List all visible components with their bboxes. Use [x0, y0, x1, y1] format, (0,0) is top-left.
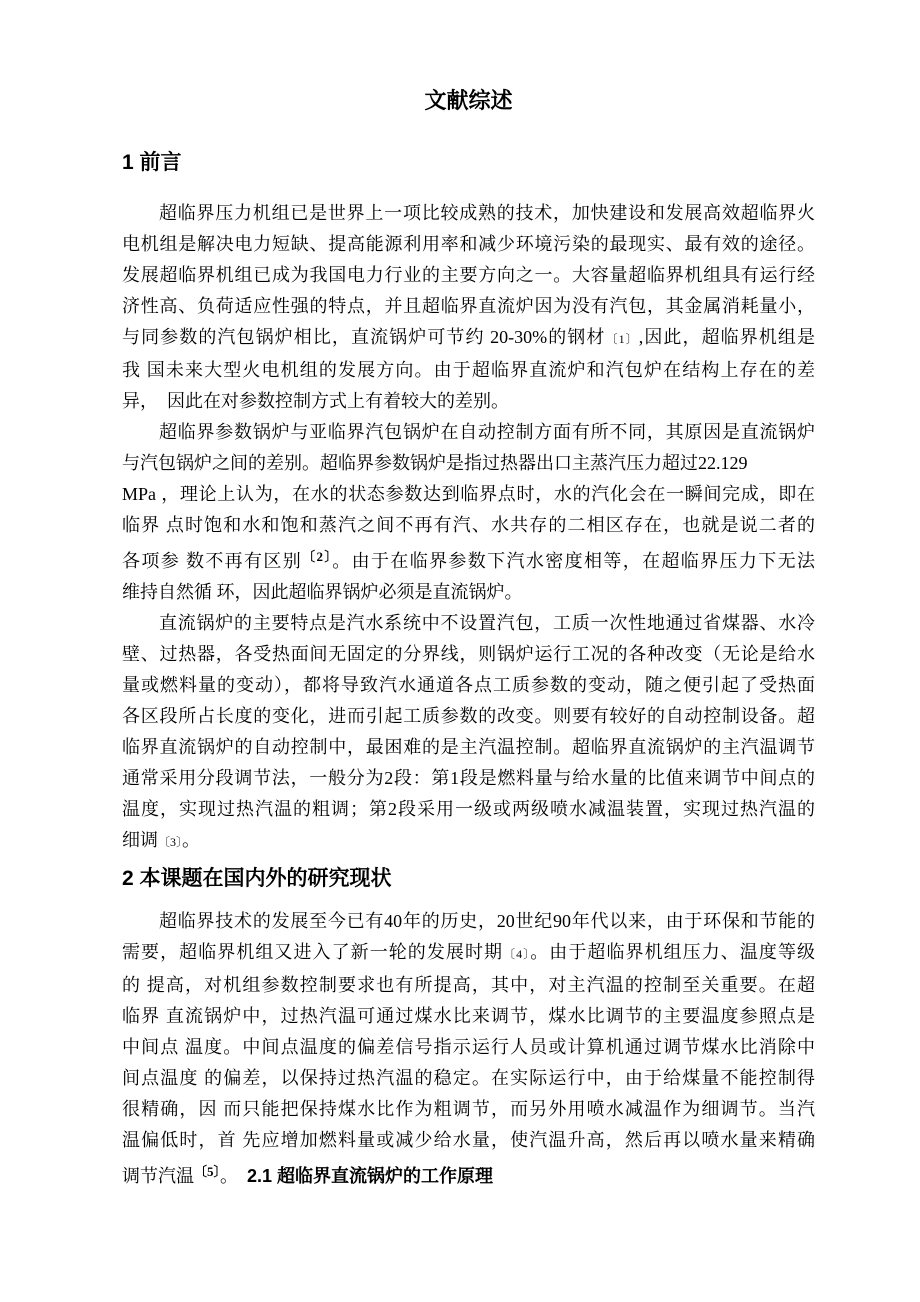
text-segment: 我 国未来大型火电机组的发展方向。由于超临界直流炉和汽包炉在结构上存在的差: [122, 360, 815, 380]
text-line: 我 国未来大型火电机组的发展方向。由于超临界直流炉和汽包炉在结构上存在的差: [122, 355, 815, 386]
paragraph: 超临界技术的发展至今已有40年的历史，20世纪90年代以来，由于环保和节能的需要…: [122, 906, 815, 1192]
text-line: 与汽包锅炉之间的差别。超临界参数锅炉是指过热器出口主蒸汽压力超过22.129: [122, 448, 815, 479]
text-line: 很精确，因 而只能把保持煤水比作为粗调节，而另外用喷水减温作为细调节。当汽: [122, 1094, 815, 1125]
section-heading: 2 本课题在国内外的研究现状: [122, 864, 815, 894]
text-line: 的 提高，对机组参数控制要求也有所提高，其中，对主汽温的控制至关重要。在超: [122, 970, 815, 1001]
paragraph: 直流锅炉的主要特点是汽水系统中不设置汽包，工质一次性地通过省煤器、水冷壁、过热器…: [122, 608, 815, 858]
text-line: MPa ，理论上认为，在水的状态参数达到临界点时，水的汽化会在一瞬间完成，即在: [122, 479, 815, 510]
text-segment: 与汽包锅炉之间的差别。超临界参数锅炉是指过热器出口主蒸汽压力超过22.129: [122, 453, 748, 473]
text-line: 直流锅炉的主要特点是汽水系统中不设置汽包，工质一次性地通过省煤器、水冷: [122, 608, 815, 639]
text-line: 调节汽温〔5〕。 2.1 超临界直流锅炉的工作原理: [122, 1156, 815, 1192]
text-segment: 超临界参数锅炉与亚临界汽包锅炉在自动控制方面有所不同，其原因是直流锅炉: [159, 422, 815, 442]
text-line: 维持自然循 环，因此超临界锅炉必须是直流锅炉。: [122, 577, 815, 608]
text-line: 发展超临界机组已成为我国电力行业的主要方向之一。大容量超临界机组具有运行经: [122, 260, 815, 291]
text-line: 需要，超临界机组又进入了新一轮的发展时期〔4〕。由于超临界机组压力、温度等级: [122, 937, 815, 970]
paragraph: 超临界参数锅炉与亚临界汽包锅炉在自动控制方面有所不同，其原因是直流锅炉与汽包锅炉…: [122, 417, 815, 608]
text-line: 间点温度 的偏差，以保持过热汽温的稳定。在实际运行中，由于给煤量不能控制得: [122, 1063, 815, 1094]
text-line: 济性高、负荷适应性强的特点，并且超临界直流炉因为没有汽包，其金属消耗量小，: [122, 291, 815, 322]
text-line: 超临界压力机组已是世界上一项比较成熟的技术，加快建设和发展高效超临界火: [122, 198, 815, 229]
document-title: 文献综述: [122, 86, 815, 116]
text-line: 各项参 数不再有区别〔2〕。由于在临界参数下汽水密度相等，在超临界压力下无法: [122, 541, 815, 577]
text-line: 临界 直流锅炉中，过热汽温可通过煤水比来调节，煤水比调节的主要温度参照点是: [122, 1001, 815, 1032]
text-segment: 临界 直流锅炉中，过热汽温可通过煤水比来调节，煤水比调节的主要温度参照点是: [122, 1006, 815, 1026]
text-line: 各区段所占长度的变化，进而引起工质参数的改变。则要有较好的自动控制设备。超: [122, 701, 815, 732]
reference-marker: 〔1〕: [605, 332, 638, 346]
document-body: 1 前言超临界压力机组已是世界上一项比较成熟的技术，加快建设和发展高效超临界火电…: [122, 148, 815, 1192]
text-line: 超临界参数锅炉与亚临界汽包锅炉在自动控制方面有所不同，其原因是直流锅炉: [122, 417, 815, 448]
text-line: 超临界技术的发展至今已有40年的历史，20世纪90年代以来，由于环保和节能的: [122, 906, 815, 937]
text-segment: 与同参数的汽包锅炉相比，直流锅炉可节约 20-30%的钢材: [122, 327, 605, 347]
text-segment: MPa ，理论上认为，在水的状态参数达到临界点时，水的汽化会在一瞬间完成，即在: [122, 484, 815, 504]
document-page: 文献综述 1 前言超临界压力机组已是世界上一项比较成熟的技术，加快建设和发展高效…: [0, 0, 920, 1302]
text-segment: 济性高、负荷适应性强的特点，并且超临界直流炉因为没有汽包，其金属消耗量小，: [122, 296, 815, 316]
text-segment: 壁、过热器，各受热面间无固定的分界线，则锅炉运行工况的各种改变（无论是给水: [122, 644, 815, 664]
text-segment: 临界直流锅炉的自动控制中，最困难的是主汽温控制。超临界直流锅炉的主汽温调节: [122, 737, 815, 757]
reference-marker: 〔2〕: [302, 549, 332, 564]
text-segment: 各区段所占长度的变化，进而引起工质参数的改变。则要有较好的自动控制设备。超: [122, 706, 815, 726]
text-line: 量或燃料量的变动），都将导致汽水通道各点工质参数的变动，随之便引起了受热面: [122, 670, 815, 701]
text-line: 通常采用分段调节法，一般分为2段：第1段是燃料量与给水量的比值来调节中间点的: [122, 763, 815, 794]
text-line: 中间点 温度。中间点温度的偏差信号指示运行人员或计算机通过调节煤水比消除中: [122, 1032, 815, 1063]
text-line: 临界直流锅炉的自动控制中，最困难的是主汽温控制。超临界直流锅炉的主汽温调节: [122, 732, 815, 763]
text-line: 温偏低时，首 先应增加燃料量或减少给水量，使汽温升高，然后再以喷水量来精确: [122, 1125, 815, 1156]
reference-marker: 〔5〕: [194, 1164, 220, 1179]
inline-subheading: 2.1 超临界直流锅炉的工作原理: [247, 1166, 493, 1186]
text-line: 异， 因此在对参数控制方式上有着较大的差别。: [122, 386, 815, 417]
reference-marker: 〔4〕: [503, 947, 530, 961]
text-segment: 中间点 温度。中间点温度的偏差信号指示运行人员或计算机通过调节煤水比消除中: [122, 1037, 815, 1057]
text-segment: 发展超临界机组已成为我国电力行业的主要方向之一。大容量超临界机组具有运行经: [122, 265, 815, 285]
text-segment: 通常采用分段调节法，一般分为2段：第1段是燃料量与给水量的比值来调节中间点的: [122, 768, 815, 788]
text-segment: 调节汽温: [122, 1166, 194, 1186]
text-segment: 临界 点时饱和水和饱和蒸汽之间不再有汽、水共存的二相区存在，也就是说二者的: [122, 515, 815, 535]
document-content: 文献综述 1 前言超临界压力机组已是世界上一项比较成熟的技术，加快建设和发展高效…: [122, 86, 815, 1192]
text-line: 电机组是解决电力短缺、提高能源利用率和减少环境污染的最现实、最有效的途径。: [122, 229, 815, 260]
text-segment: 各项参 数不再有区别: [122, 551, 302, 571]
text-segment: 间点温度 的偏差，以保持过热汽温的稳定。在实际运行中，由于给煤量不能控制得: [122, 1068, 815, 1088]
text-line: 与同参数的汽包锅炉相比，直流锅炉可节约 20-30%的钢材〔1〕,因此，超临界机…: [122, 322, 815, 355]
text-segment: 温偏低时，首 先应增加燃料量或减少给水量，使汽温升高，然后再以喷水量来精确: [122, 1130, 815, 1150]
text-line: 壁、过热器，各受热面间无固定的分界线，则锅炉运行工况的各种改变（无论是给水: [122, 639, 815, 670]
text-segment: 超临界压力机组已是世界上一项比较成熟的技术，加快建设和发展高效超临界火: [159, 203, 815, 223]
text-line: 温度，实现过热汽温的粗调；第2段采用一级或两级喷水减温装置，实现过热汽温的: [122, 794, 815, 825]
text-segment: 超临界技术的发展至今已有40年的历史，20世纪90年代以来，由于环保和节能的: [159, 911, 815, 931]
reference-marker: 〔3〕: [158, 835, 182, 849]
text-segment: 异， 因此在对参数控制方式上有着较大的差别。: [122, 391, 509, 411]
paragraph: 超临界压力机组已是世界上一项比较成熟的技术，加快建设和发展高效超临界火电机组是解…: [122, 198, 815, 417]
text-segment: 维持自然循 环，因此超临界锅炉必须是直流锅炉。: [122, 582, 523, 602]
text-segment: 细调: [122, 830, 158, 850]
text-segment: 。: [182, 830, 200, 850]
text-segment: 需要，超临界机组又进入了新一轮的发展时期: [122, 942, 503, 962]
text-segment: 很精确，因 而只能把保持煤水比作为粗调节，而另外用喷水减温作为细调节。当汽: [122, 1099, 815, 1119]
text-segment: 量或燃料量的变动），都将导致汽水通道各点工质参数的变动，随之便引起了受热面: [122, 675, 815, 695]
text-segment: ,因此，超临界机组是: [639, 327, 815, 347]
text-segment: 。: [220, 1166, 247, 1186]
text-segment: 电机组是解决电力短缺、提高能源利用率和减少环境污染的最现实、最有效的途径。: [122, 234, 815, 254]
text-segment: 。由于超临界机组压力、温度等级: [530, 942, 815, 962]
section-heading: 1 前言: [122, 148, 815, 178]
text-segment: 温度，实现过热汽温的粗调；第2段采用一级或两级喷水减温装置，实现过热汽温的: [122, 799, 815, 819]
text-segment: 。由于在临界参数下汽水密度相等，在超临界压力下无法: [332, 551, 815, 571]
text-line: 临界 点时饱和水和饱和蒸汽之间不再有汽、水共存的二相区存在，也就是说二者的: [122, 510, 815, 541]
text-segment: 的 提高，对机组参数控制要求也有所提高，其中，对主汽温的控制至关重要。在超: [122, 975, 815, 995]
text-segment: 直流锅炉的主要特点是汽水系统中不设置汽包，工质一次性地通过省煤器、水冷: [159, 613, 815, 633]
text-line: 细调〔3〕。: [122, 825, 815, 858]
